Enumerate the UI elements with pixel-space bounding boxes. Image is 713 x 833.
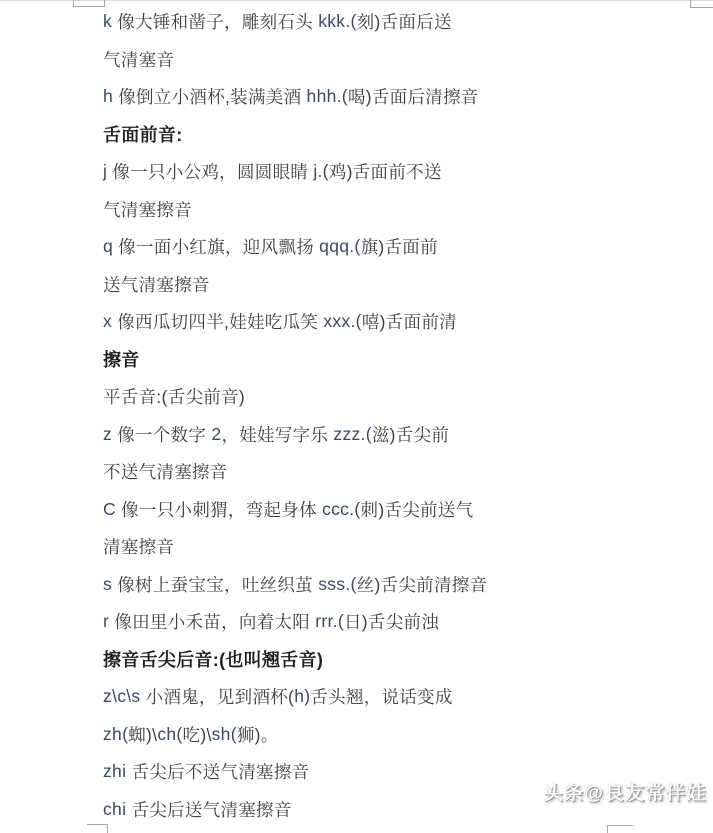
text-line: z\c\s 小酒鬼，见到酒杯(h)舌头翘，说话变成: [103, 678, 487, 716]
cjk-run: 狮)。: [237, 722, 279, 747]
cjk-run: 鸡)舌面前不送: [329, 159, 442, 184]
cjk-run: 像一只小公鸡，圆圆眼睛: [107, 159, 313, 184]
cjk-run: 擦音: [103, 346, 140, 372]
text-line: zh(蜘)\ch(吃)\sh(狮)。: [103, 716, 487, 754]
cjk-run: 嘻)舌面前清: [362, 309, 457, 334]
page-top-border: [0, 0, 713, 1]
text-line: 不送气清塞擦音: [103, 453, 487, 491]
pinyin-run: zhi: [103, 761, 126, 782]
document-text-block: k 像大锤和凿子，雕刻石头 kkk.(刻)舌面后送气清塞音h 像倒立小酒杯,装满…: [103, 3, 487, 828]
text-line: 气清塞音: [103, 41, 487, 79]
cjk-run: 送气清塞擦音: [103, 272, 210, 297]
text-line: 气清塞擦音: [103, 191, 487, 229]
pinyin-run: z: [103, 424, 112, 445]
heading-line: 擦音: [103, 341, 487, 379]
pinyin-run: 2: [211, 424, 221, 445]
cjk-run: 像倒立小酒杯,装满美酒: [113, 84, 307, 109]
cjk-run: 舌尖后送气清塞擦音: [126, 797, 291, 822]
heading-line: 舌面前音:: [103, 116, 487, 154]
text-line: k 像大锤和凿子，雕刻石头 kkk.(刻)舌面后送: [103, 3, 487, 41]
text-line: s 像树上蚕宝宝，吐丝织茧 sss.(丝)舌尖前清擦音: [103, 566, 487, 604]
pinyin-run: z\c\s: [103, 686, 140, 707]
cjk-run: 日)舌尖前浊: [344, 609, 439, 634]
cjk-run: 像田里小禾苗，向着太阳: [109, 609, 315, 634]
text-line: 平舌音:(舌尖前音): [103, 378, 487, 416]
cjk-run: 刻)舌面后送: [357, 9, 452, 34]
cjk-run: 气清塞音: [103, 47, 174, 72]
pinyin-run: qqq.(: [319, 236, 360, 257]
pinyin-run: sh(: [212, 724, 237, 745]
pinyin-run: kkk.(: [318, 11, 356, 32]
pinyin-run: sss.(: [318, 574, 356, 595]
cjk-run: 滋)舌尖前: [372, 422, 449, 447]
text-boundary-mark-top-right: [690, 0, 713, 8]
cjk-run: 像大锤和凿子，雕刻石头: [112, 9, 318, 34]
cjk-run: 像一只小刺猬，弯起身体: [116, 497, 322, 522]
cjk-run: 丝)舌尖前清擦音: [357, 572, 488, 597]
text-line: zhi 舌尖后不送气清塞擦音: [103, 753, 487, 791]
pinyin-run: j.(: [313, 161, 328, 182]
text-boundary-mark-top-left: [73, 0, 105, 7]
text-line: 清塞擦音: [103, 528, 487, 566]
pinyin-run: x: [103, 311, 112, 332]
pinyin-run: s: [103, 574, 112, 595]
text-line: z 像一个数字 2，娃娃写字乐 zzz.(滋)舌尖前: [103, 416, 487, 454]
text-line: C 像一只小刺猬，弯起身体 ccc.(刺)舌尖前送气: [103, 491, 487, 529]
text-line: x 像西瓜切四半,娃娃吃瓜笑 xxx.(嘻)舌面前清: [103, 303, 487, 341]
pinyin-run: xxx.(: [323, 311, 361, 332]
pinyin-run: C: [103, 499, 116, 520]
pinyin-run: h: [103, 86, 113, 107]
cjk-run: 舌头翘，说话变成: [310, 684, 452, 709]
text-line: h 像倒立小酒杯,装满美酒 hhh.(喝)舌面后清擦音: [103, 78, 487, 116]
watermark: 头条@良友常伴娃: [543, 778, 707, 805]
cjk-run: 不送气清塞擦音: [103, 459, 228, 484]
pinyin-run: rrr.(: [315, 611, 344, 632]
pinyin-run: q: [103, 236, 113, 257]
cjk-run: 蜘)\: [128, 722, 157, 747]
cjk-run: 舌面前音:: [103, 121, 183, 147]
text-boundary-mark-bottom-left: [87, 824, 108, 833]
cjk-run: 喝)舌面后清擦音: [348, 84, 479, 109]
cjk-run: 刺)舌尖前送气: [361, 497, 474, 522]
cjk-run: 舌尖后不送气清塞擦音: [126, 759, 309, 784]
pinyin-run: zzz.(: [333, 424, 371, 445]
pinyin-run: ch(: [157, 724, 182, 745]
text-line: q 像一面小红旗，迎风飘扬 qqq.(旗)舌面前: [103, 228, 487, 266]
cjk-run: 擦音舌尖后音:(也叫翘舌音): [103, 646, 323, 672]
cjk-run: 吃)\: [183, 722, 212, 747]
text-line: chi 舌尖后送气清塞擦音: [103, 791, 487, 829]
cjk-run: 清塞擦音: [103, 534, 174, 559]
cjk-run: 像一面小红旗，迎风飘扬: [113, 234, 319, 259]
text-line: j 像一只小公鸡，圆圆眼睛 j.(鸡)舌面前不送: [103, 153, 487, 191]
pinyin-run: hhh.(: [307, 86, 348, 107]
text-line: r 像田里小禾苗，向着太阳 rrr.(日)舌尖前浊: [103, 603, 487, 641]
cjk-run: 像西瓜切四半,娃娃吃瓜笑: [112, 309, 323, 334]
pinyin-run: chi: [103, 799, 126, 820]
text-line: 送气清塞擦音: [103, 266, 487, 304]
cjk-run: 气清塞擦音: [103, 197, 192, 222]
heading-line: 擦音舌尖后音:(也叫翘舌音): [103, 641, 487, 679]
cjk-run: 旗)舌面前: [361, 234, 438, 259]
cjk-run: 像一个数字: [112, 422, 211, 447]
pinyin-run: zh(: [103, 724, 128, 745]
cjk-run: ，娃娃写字乐: [221, 422, 333, 447]
text-boundary-mark-bottom-middle: [607, 825, 633, 833]
cjk-run: 小酒鬼，见到酒杯(: [140, 684, 294, 709]
pinyin-run: h): [294, 686, 310, 707]
pinyin-run: ccc.(: [322, 499, 360, 520]
cjk-run: 平舌音:(舌尖前音): [103, 384, 245, 409]
cjk-run: 像树上蚕宝宝，吐丝织茧: [112, 572, 318, 597]
pinyin-run: k: [103, 11, 112, 32]
